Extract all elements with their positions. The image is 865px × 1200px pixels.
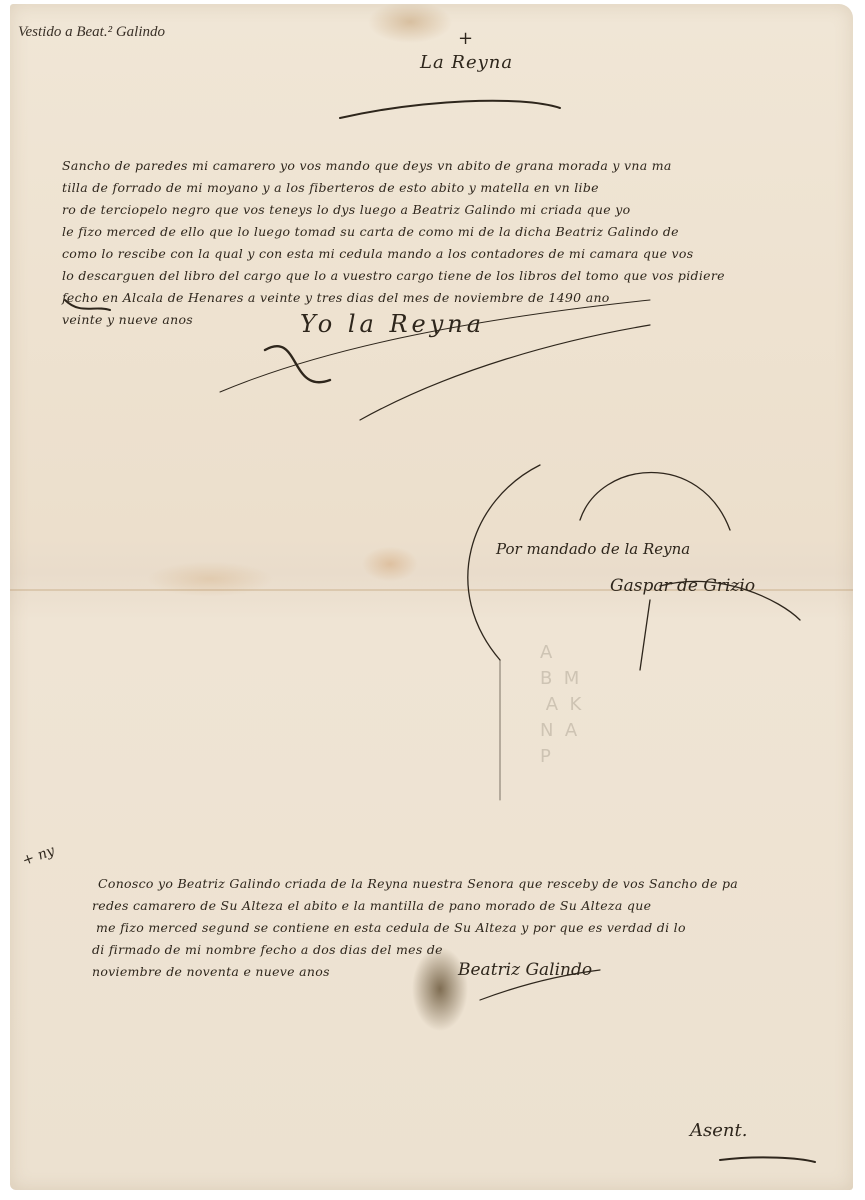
heading-flourish — [340, 101, 560, 118]
countersignature-circle-right — [580, 473, 730, 531]
countersignature-circle-left — [468, 465, 540, 660]
ink-flourishes — [0, 0, 865, 1200]
